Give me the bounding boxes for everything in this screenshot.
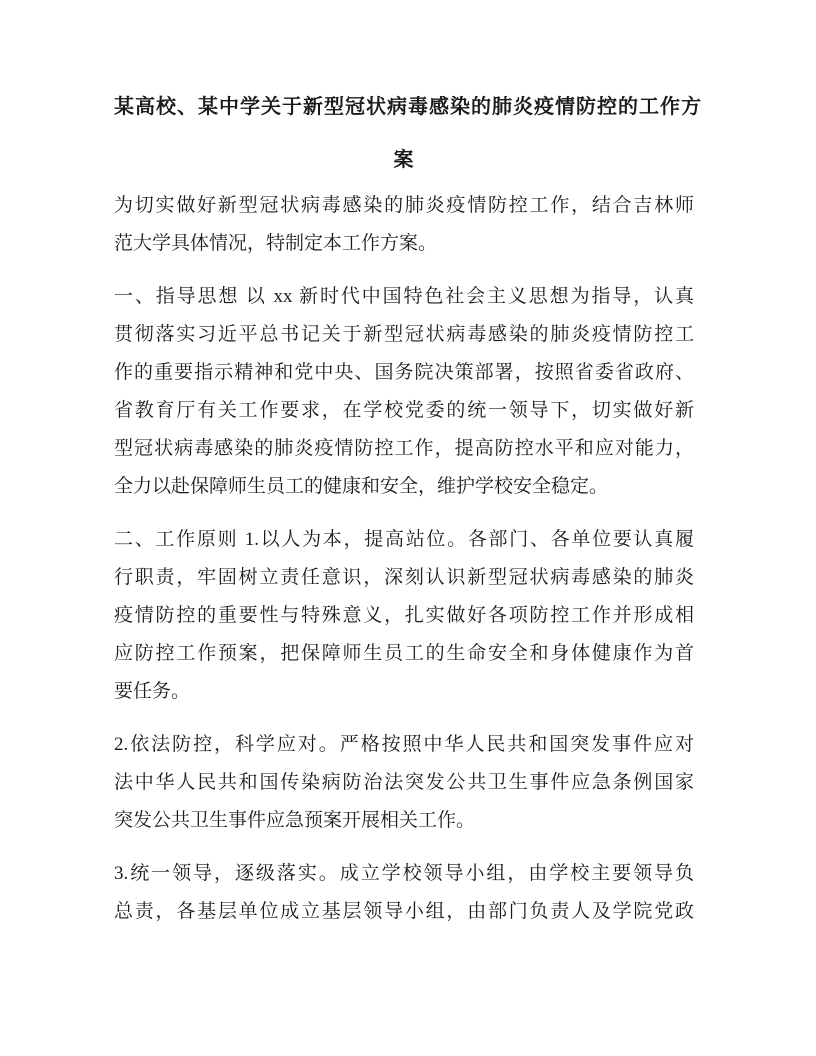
text-line: 全力以赴保障师生员工的健康和安全，维护学校安全稳定。 xyxy=(114,468,694,506)
paragraph-guiding-ideology: 一、指导思想 以 xx 新时代中国特色社会主义思想为指导，认真贯彻落实习近平总书… xyxy=(114,278,694,506)
text-line: 某高校、某中学关于新型冠状病毒感染的肺炎疫情防控的工作方 xyxy=(114,81,694,134)
text-line: 二、工作原则 1.以人为本，提高站位。各部门、各单位要认真履 xyxy=(114,521,694,559)
text-line: 贯彻落实习近平总书记关于新型冠状病毒感染的肺炎疫情防控工 xyxy=(114,316,694,354)
text-line: 2.依法防控，科学应对。严格按照中华人民共和国突发事件应对 xyxy=(114,726,694,764)
text-line: 为切实做好新型冠状病毒感染的肺炎疫情防控工作，结合吉林师 xyxy=(114,187,694,225)
document-page: 某高校、某中学关于新型冠状病毒感染的肺炎疫情防控的工作方案 为切实做好新型冠状病… xyxy=(0,0,816,1056)
text-line: 行职责，牢固树立责任意识，深刻认识新型冠状病毒感染的肺炎 xyxy=(114,559,694,597)
paragraph-work-principles-1: 二、工作原则 1.以人为本，提高站位。各部门、各单位要认真履行职责，牢固树立责任… xyxy=(114,521,694,711)
paragraph-intro: 为切实做好新型冠状病毒感染的肺炎疫情防控工作，结合吉林师范大学具体情况，特制定本… xyxy=(114,187,694,263)
text-line: 总责，各基层单位成立基层领导小组，由部门负责人及学院党政 xyxy=(114,893,694,931)
text-line: 范大学具体情况，特制定本工作方案。 xyxy=(114,225,694,263)
text-line: 型冠状病毒感染的肺炎疫情防控工作，提高防控水平和应对能力， xyxy=(114,430,694,468)
text-line: 疫情防控的重要性与特殊意义，扎实做好各项防控工作并形成相 xyxy=(114,597,694,635)
text-line: 突发公共卫生事件应急预案开展相关工作。 xyxy=(114,802,694,840)
text-line: 省教育厅有关工作要求，在学校党委的统一领导下，切实做好新 xyxy=(114,392,694,430)
text-line: 一、指导思想 以 xx 新时代中国特色社会主义思想为指导，认真 xyxy=(114,278,694,316)
text-line: 应防控工作预案，把保障师生员工的生命安全和身体健康作为首 xyxy=(114,635,694,673)
text-line: 法中华人民共和国传染病防治法突发公共卫生事件应急条例国家 xyxy=(114,764,694,802)
document-title: 某高校、某中学关于新型冠状病毒感染的肺炎疫情防控的工作方案 xyxy=(114,81,694,187)
text-line: 3.统一领导，逐级落实。成立学校领导小组，由学校主要领导负 xyxy=(114,855,694,893)
paragraph-work-principles-3: 3.统一领导，逐级落实。成立学校领导小组，由学校主要领导负总责，各基层单位成立基… xyxy=(114,855,694,931)
text-line: 案 xyxy=(114,134,694,187)
paragraph-work-principles-2: 2.依法防控，科学应对。严格按照中华人民共和国突发事件应对法中华人民共和国传染病… xyxy=(114,726,694,840)
text-line: 要任务。 xyxy=(114,673,694,711)
text-line: 作的重要指示精神和党中央、国务院决策部署，按照省委省政府、 xyxy=(114,354,694,392)
document-body: 为切实做好新型冠状病毒感染的肺炎疫情防控工作，结合吉林师范大学具体情况，特制定本… xyxy=(114,187,694,931)
